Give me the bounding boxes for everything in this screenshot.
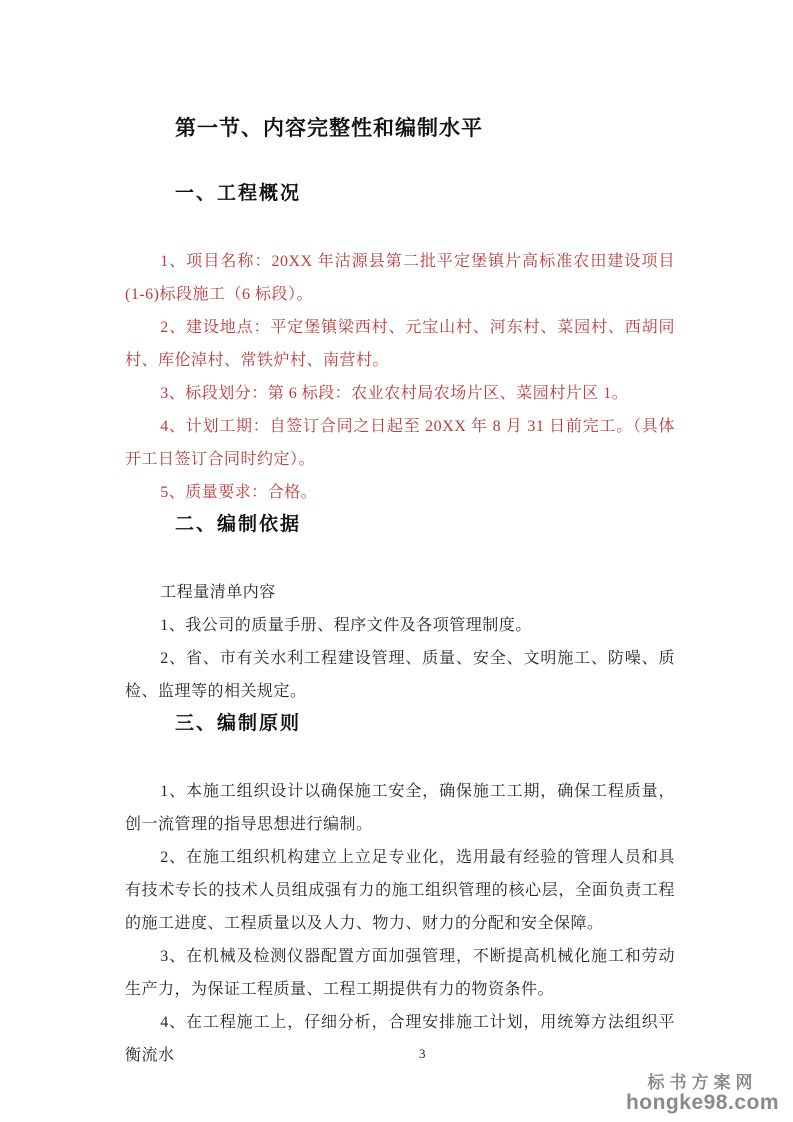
section-compilation-principles-body: 1、本施工组织设计以确保施工安全，确保施工工期，确保工程质量，创一流管理的指导思…	[125, 775, 675, 1072]
project-name-paragraph: 1、项目名称：20XX 年沽源县第二批平定堡镇片高标准农田建设项目(1-6)标段…	[125, 245, 675, 311]
basis-item-2-paragraph: 2、省、市有关水利工程建设管理、质量、安全、文明施工、防噪、质检、监理等的相关规…	[125, 642, 675, 708]
section-heading-compilation-basis: 二、编制依据	[175, 509, 675, 536]
quality-requirement-paragraph: 5、质量要求：合格。	[125, 476, 675, 509]
planned-duration-paragraph: 4、计划工期：自签订合同之日起至 20XX 年 8 月 31 日前完工。（具体开…	[125, 410, 675, 476]
principle-item-4-paragraph: 4、在工程施工上，仔细分析，合理安排施工计划，用统筹方法组织平衡流水	[125, 1006, 675, 1072]
section-project-overview-body: 1、项目名称：20XX 年沽源县第二批平定堡镇片高标准农田建设项目(1-6)标段…	[125, 245, 675, 509]
principle-item-3-paragraph: 3、在机械及检测仪器配置方面加强管理，不断提高机械化施工和劳动生产力，为保证工程…	[125, 940, 675, 1006]
page-number: 3	[419, 1046, 426, 1062]
section-heading-project-overview: 一、工程概况	[175, 178, 675, 205]
section-heading-compilation-principles: 三、编制原则	[175, 708, 675, 735]
watermark-site-name: 标书方案网	[626, 1074, 779, 1092]
bid-section-division-paragraph: 3、标段划分：第 6 标段：农业农村局农场片区、菜园村片区 1。	[125, 377, 675, 410]
basis-item-1-paragraph: 1、我公司的质量手册、程序文件及各项管理制度。	[125, 609, 675, 642]
construction-location-paragraph: 2、建设地点：平定堡镇梁西村、元宝山村、河东村、菜园村、西胡同村、库伦淖村、常铁…	[125, 311, 675, 377]
watermark-site-url: hongke98.com	[626, 1092, 779, 1114]
document-page: 第一节、内容完整性和编制水平 一、工程概况 1、项目名称：20XX 年沽源县第二…	[0, 0, 793, 1122]
chapter-title: 第一节、内容完整性和编制水平	[175, 112, 675, 142]
principle-item-1-paragraph: 1、本施工组织设计以确保施工安全，确保施工工期，确保工程质量，创一流管理的指导思…	[125, 775, 675, 841]
principle-item-2-paragraph: 2、在施工组织机构建立上立足专业化，选用最有经验的管理人员和具有技术专长的技术人…	[125, 841, 675, 940]
section-compilation-basis-body: 工程量清单内容 1、我公司的质量手册、程序文件及各项管理制度。 2、省、市有关水…	[125, 576, 675, 708]
watermark: 标书方案网 hongke98.com	[626, 1074, 779, 1114]
boq-content-line: 工程量清单内容	[125, 576, 675, 609]
